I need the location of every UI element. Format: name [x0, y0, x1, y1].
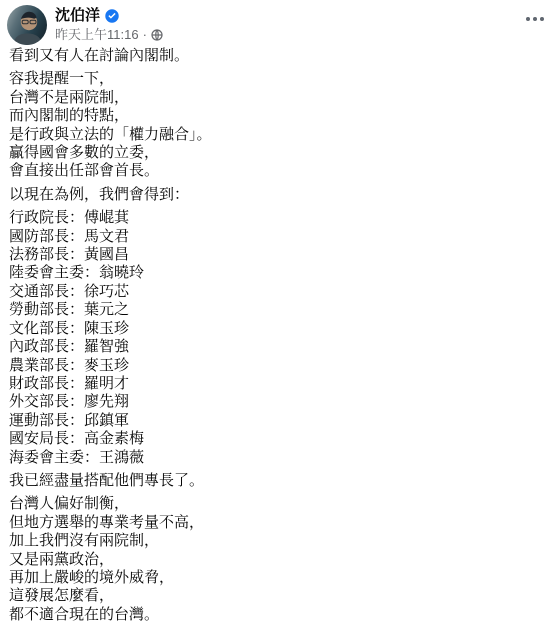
post-paragraph cabinet-list: 行政院長：傅崐萁 國防部長：馬文君 法務部長：黃國昌 陸委會主委：翁曉玲 交通部…: [9, 209, 544, 467]
author-name-row: 沈伯洋: [55, 7, 520, 24]
cabinet-list-line: 陸委會主委：翁曉玲: [9, 264, 544, 282]
verified-badge-icon: [105, 9, 119, 23]
post-text-line: 又是兩黨政治，: [9, 551, 544, 569]
post-text-line: 看到又有人在討論內閣制。: [9, 47, 544, 65]
cabinet-list-line: 行政院長：傅崐萁: [9, 209, 544, 227]
post-body: 看到又有人在討論內閣制。 容我提醒一下， 台灣不是兩院制， 而內閣制的特點， 是…: [0, 45, 560, 624]
post-meta-row: 昨天上午11:16 ·: [55, 27, 520, 42]
profile-picture[interactable]: [7, 5, 47, 45]
cabinet-list-line: 財政部長：羅明才: [9, 375, 544, 393]
post-text-line: 這發展怎麼看，: [9, 587, 544, 605]
post-text-line: 是行政與立法的「權力融合」。: [9, 126, 544, 144]
post-paragraph: 容我提醒一下， 台灣不是兩院制， 而內閣制的特點， 是行政與立法的「權力融合」。…: [9, 70, 544, 180]
cabinet-list-line: 勞動部長：葉元之: [9, 301, 544, 319]
post-text-line: 加上我們沒有兩院制，: [9, 532, 544, 550]
avatar-person-graphic: [7, 5, 47, 45]
meta-dot-separator: ·: [143, 27, 147, 42]
post-timestamp[interactable]: 昨天上午11:16: [55, 27, 139, 42]
post-text-line: 贏得國會多數的立委，: [9, 144, 544, 162]
cabinet-list-line: 國安局長：高金素梅: [9, 430, 544, 448]
post-paragraph: 看到又有人在討論內閣制。: [9, 47, 544, 65]
cabinet-list-line: 國防部長：馬文君: [9, 228, 544, 246]
cabinet-list-line: 農業部長：麥玉珍: [9, 357, 544, 375]
globe-public-icon: [151, 29, 163, 41]
cabinet-list-line: 內政部長：羅智強: [9, 338, 544, 356]
facebook-post-card: 沈伯洋 昨天上午11:16 ·: [0, 0, 560, 626]
post-text-line: 台灣不是兩院制，: [9, 89, 544, 107]
cabinet-list-line: 海委會主委：王鴻薇: [9, 449, 544, 467]
cabinet-list-line: 外交部長：廖先翔: [9, 393, 544, 411]
cabinet-list-line: 運動部長：邱鎮軍: [9, 412, 544, 430]
post-text-line: 都不適合現在的台灣。: [9, 606, 544, 624]
post-text-line: 但地方選舉的專業考量不高，: [9, 514, 544, 532]
cabinet-list-line: 文化部長：陳玉珍: [9, 320, 544, 338]
post-header: 沈伯洋 昨天上午11:16 ·: [0, 0, 560, 45]
post-text-line: 我已經盡量搭配他們專長了。: [9, 472, 544, 490]
post-text-line: 以現在為例，我們會得到：: [9, 186, 544, 204]
cabinet-list-line: 交通部長：徐巧芯: [9, 283, 544, 301]
post-text-line: 容我提醒一下，: [9, 70, 544, 88]
post-header-info: 沈伯洋 昨天上午11:16 ·: [55, 5, 520, 42]
post-paragraph: 台灣人偏好制衡， 但地方選舉的專業考量不高， 加上我們沒有兩院制， 又是兩黨政治…: [9, 495, 544, 624]
post-text-line: 台灣人偏好制衡，: [9, 495, 544, 513]
post-text-line: 會直接出任部會首長。: [9, 162, 544, 180]
ellipsis-icon: [526, 17, 530, 21]
post-paragraph: 以現在為例，我們會得到：: [9, 186, 544, 204]
post-paragraph: 我已經盡量搭配他們專長了。: [9, 472, 544, 490]
post-text-line: 再加上嚴峻的境外威脅，: [9, 569, 544, 587]
more-options-button[interactable]: [520, 7, 550, 31]
post-text-line: 而內閣制的特點，: [9, 107, 544, 125]
cabinet-list-line: 法務部長：黃國昌: [9, 246, 544, 264]
author-name[interactable]: 沈伯洋: [55, 7, 100, 24]
